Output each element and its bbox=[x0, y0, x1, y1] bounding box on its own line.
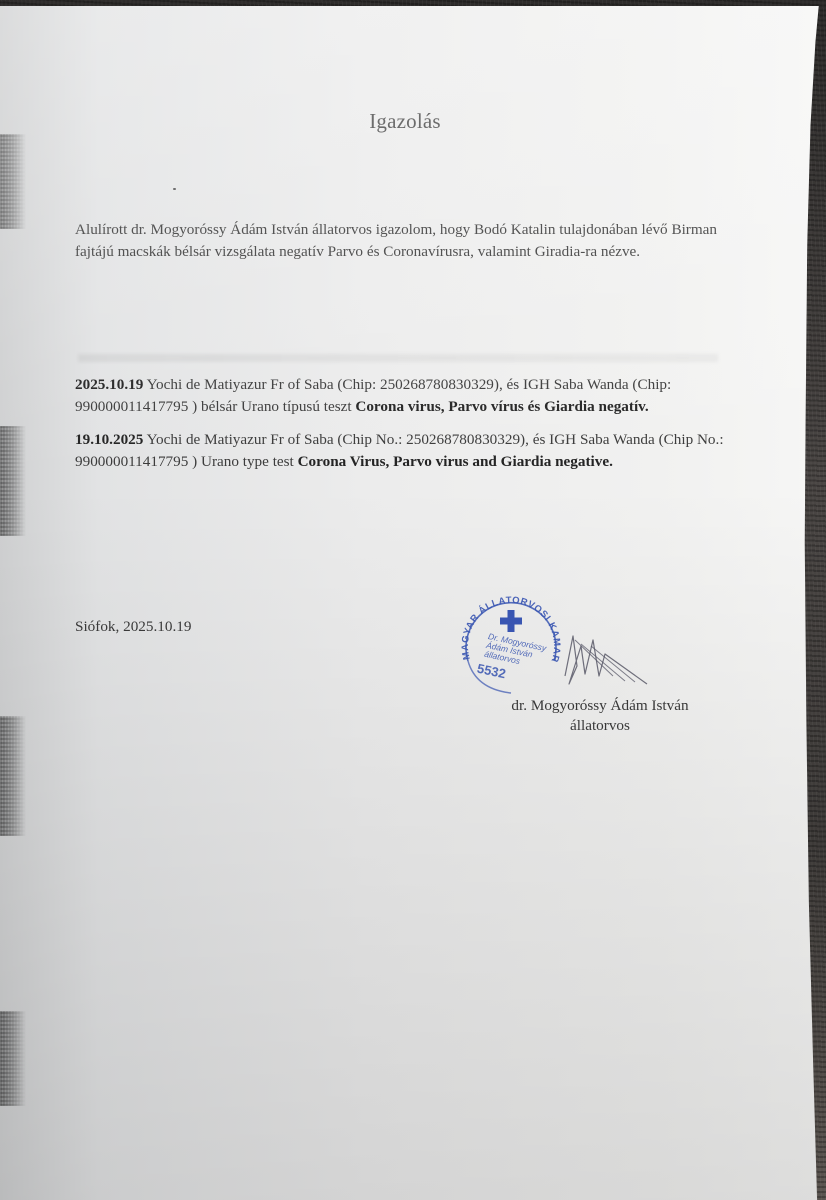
english-result-paragraph: 19.10.2025 Yochi de Matiyazur Fr of Saba… bbox=[75, 429, 755, 473]
document-title: Igazolás bbox=[0, 109, 810, 134]
hungarian-result-outcome: Corona virus, Parvo vírus és Giardia neg… bbox=[355, 398, 648, 415]
stamp-number: 5532 bbox=[476, 661, 507, 682]
show-through-text bbox=[78, 354, 718, 362]
signatory-role: állatorvos bbox=[500, 716, 700, 736]
place-and-date: Siófok, 2025.10.19 bbox=[75, 618, 191, 636]
scan-smudge bbox=[0, 716, 26, 836]
cross-icon bbox=[500, 610, 522, 632]
hungarian-result-paragraph: 2025.10.19 Yochi de Matiyazur Fr of Saba… bbox=[75, 374, 755, 418]
certificate-page: Igazolás Alulírott dr. Mogyoróssy Ádám I… bbox=[0, 6, 822, 1200]
signatory-name: dr. Mogyoróssy Ádám István bbox=[500, 696, 700, 716]
ink-speck bbox=[173, 188, 176, 190]
signature-block: dr. Mogyoróssy Ádám István állatorvos bbox=[500, 696, 700, 736]
handwritten-signature-icon bbox=[555, 626, 655, 696]
official-stamp: MAGYAR ÁLLATORVOSI KAMARA Dr. Mogyoróssy… bbox=[456, 589, 566, 699]
hungarian-result-date: 2025.10.19 bbox=[75, 376, 143, 393]
english-result-outcome: Corona Virus, Parvo virus and Giardia ne… bbox=[298, 453, 613, 470]
scan-smudge bbox=[0, 426, 26, 536]
english-result-date: 19.10.2025 bbox=[75, 431, 143, 448]
scan-smudge bbox=[0, 1011, 26, 1106]
intro-paragraph: Alulírott dr. Mogyoróssy Ádám István áll… bbox=[75, 219, 755, 263]
scan-smudge bbox=[0, 134, 26, 229]
